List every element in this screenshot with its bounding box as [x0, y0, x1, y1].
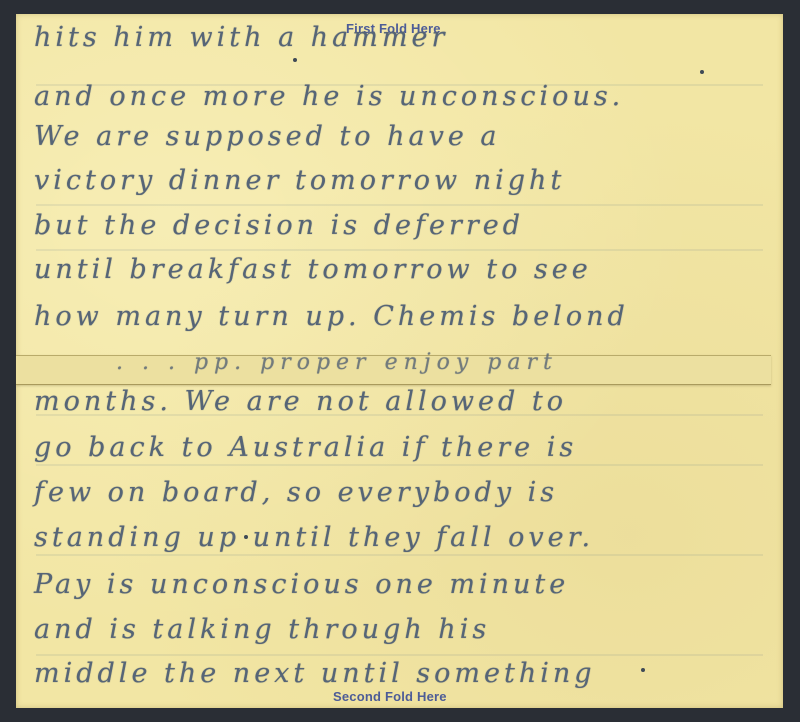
- handwritten-line-11: few on board, so everybody is: [34, 477, 558, 508]
- handwritten-line-14: and is talking through his: [34, 614, 490, 645]
- letter-paper: First Fold Here hits him with a hammer a…: [16, 14, 783, 708]
- ink-spot: [244, 535, 248, 539]
- show-through-ink: [36, 654, 763, 656]
- handwritten-line-10: go back to Australia if there is: [34, 432, 577, 463]
- handwritten-line-6: until breakfast tomorrow to see: [34, 254, 592, 285]
- show-through-ink: [36, 204, 763, 206]
- handwritten-line-4: victory dinner tomorrow night: [34, 165, 565, 196]
- handwritten-line-7: how many turn up. Chemis belond: [34, 301, 629, 332]
- ink-spot: [293, 58, 297, 62]
- show-through-ink: [36, 554, 763, 556]
- handwritten-line-13: Pay is unconscious one minute: [34, 569, 569, 600]
- ink-spot: [641, 668, 645, 672]
- fold-crease: . . . pp. proper enjoy part: [16, 355, 771, 385]
- show-through-ink: [36, 464, 763, 466]
- handwritten-line-3: We are supposed to have a: [34, 121, 501, 152]
- second-fold-label: Second Fold Here: [333, 689, 447, 704]
- handwritten-line-9: months. We are not allowed to: [34, 386, 567, 417]
- handwritten-line-8-partial: . . . pp. proper enjoy part: [116, 350, 558, 375]
- handwritten-line-1: hits him with a hammer: [34, 22, 448, 53]
- handwritten-line-5: but the decision is deferred: [34, 210, 524, 241]
- handwritten-line-12: standing up until they fall over.: [34, 522, 594, 553]
- ink-spot: [700, 70, 704, 74]
- show-through-ink: [36, 249, 763, 251]
- handwritten-line-15: middle the next until something: [34, 658, 596, 689]
- handwritten-line-2: and once more he is unconscious.: [34, 81, 624, 112]
